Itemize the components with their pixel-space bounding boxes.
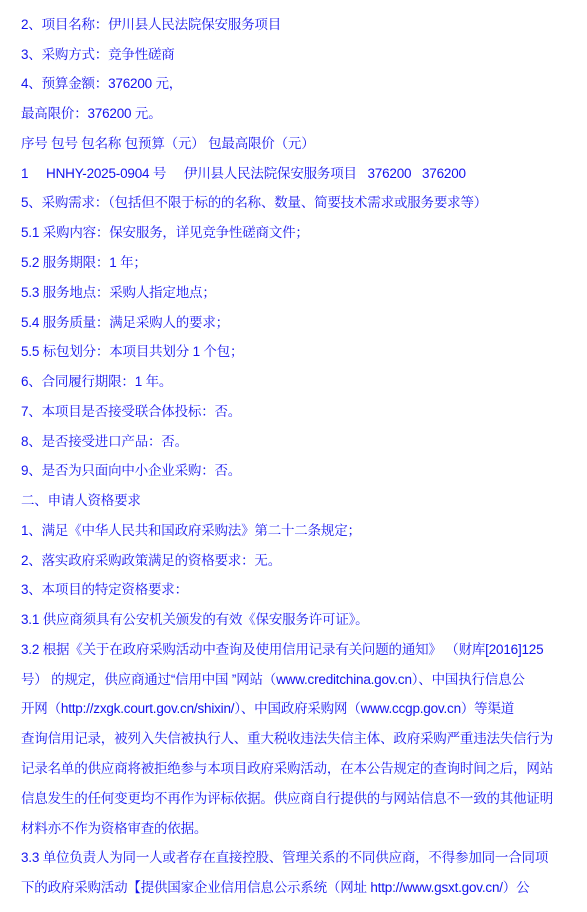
service-quality-line: 5.4 服务质量：满足采购人的要求；: [21, 306, 569, 336]
credit-record-clause-line-1: 3.2 根据《关于在政府采购活动中查询及使用信用记录有关问题的通知》 （财库[2…: [21, 633, 569, 663]
consortium-bid-line: 7、本项目是否接受联合体投标：否。: [21, 395, 569, 425]
service-period-line: 5.2 服务期限：1 年；: [21, 246, 569, 276]
package-table-row-line: 1 HNHY-2025-0904 号 伊川县人民法院保安服务项目 376200 …: [21, 157, 569, 187]
package-division-line: 5.5 标包划分：本项目共划分 1 个包；: [21, 335, 569, 365]
credit-record-clause-line-3: 开网（http://zxgk.court.gov.cn/shixin/）、中国政…: [21, 693, 569, 723]
service-location-line: 5.3 服务地点：采购人指定地点；: [21, 276, 569, 306]
specific-qualification-heading-line: 3、本项目的特定资格要求：: [21, 574, 569, 604]
max-price-line: 最高限价：376200 元。: [21, 97, 569, 127]
project-name-line: 2、项目名称：伊川县人民法院保安服务项目: [21, 8, 569, 38]
budget-amount-line: 4、预算金额：376200 元，: [21, 68, 569, 98]
same-responsible-person-clause-line-1: 3.3 单位负责人为同一人或者存在直接控股、管理关系的不同供应商，不得参加同一合…: [21, 841, 569, 871]
credit-record-clause-line-6: 信息发生的任何变更均不再作为评标依据。供应商自行提供的与网站信息不一致的其他证明: [21, 782, 569, 812]
procurement-announcement-document: 2、项目名称：伊川县人民法院保安服务项目 3、采购方式：竞争性磋商 4、预算金额…: [0, 0, 587, 912]
security-license-requirement-line: 3.1 供应商须具有公安机关颁发的有效《保安服务许可证》。: [21, 603, 569, 633]
qualification-law-line: 1、满足《中华人民共和国政府采购法》第二十二条规定；: [21, 514, 569, 544]
procurement-demand-heading-line: 5、采购需求：（包括但不限于标的的名称、数量、简要技术需求或服务要求等）: [21, 187, 569, 217]
credit-record-clause-line-4: 查询信用记录，被列入失信被执行人、重大税收违法失信主体、政府采购严重违法失信行为: [21, 722, 569, 752]
same-responsible-person-clause-line-2: 下的政府采购活动【提供国家企业信用信息公示系统（网址 http://www.gs…: [21, 871, 569, 901]
applicant-qualification-section-heading: 二、申请人资格要求: [21, 484, 569, 514]
import-products-line: 8、是否接受进口产品：否。: [21, 425, 569, 455]
credit-record-clause-line-5: 记录名单的供应商将被拒绝参与本项目政府采购活动，在本公告规定的查询时间之后，网站: [21, 752, 569, 782]
qualification-policy-line: 2、落实政府采购政策满足的资格要求：无。: [21, 544, 569, 574]
procurement-method-line: 3、采购方式：竞争性磋商: [21, 38, 569, 68]
contract-duration-line: 6、合同履行期限：1 年。: [21, 365, 569, 395]
package-table-header-line: 序号 包号 包名称 包预算（元） 包最高限价（元）: [21, 127, 569, 157]
credit-record-clause-line-2: 号） 的规定，供应商通过“信用中国 ”网站（www.creditchina.go…: [21, 663, 569, 693]
procurement-content-line: 5.1 采购内容：保安服务，详见竞争性磋商文件；: [21, 216, 569, 246]
credit-record-clause-line-7: 材料亦不作为资格审查的依据。: [21, 812, 569, 842]
sme-only-procurement-line: 9、是否为只面向中小企业采购：否。: [21, 454, 569, 484]
